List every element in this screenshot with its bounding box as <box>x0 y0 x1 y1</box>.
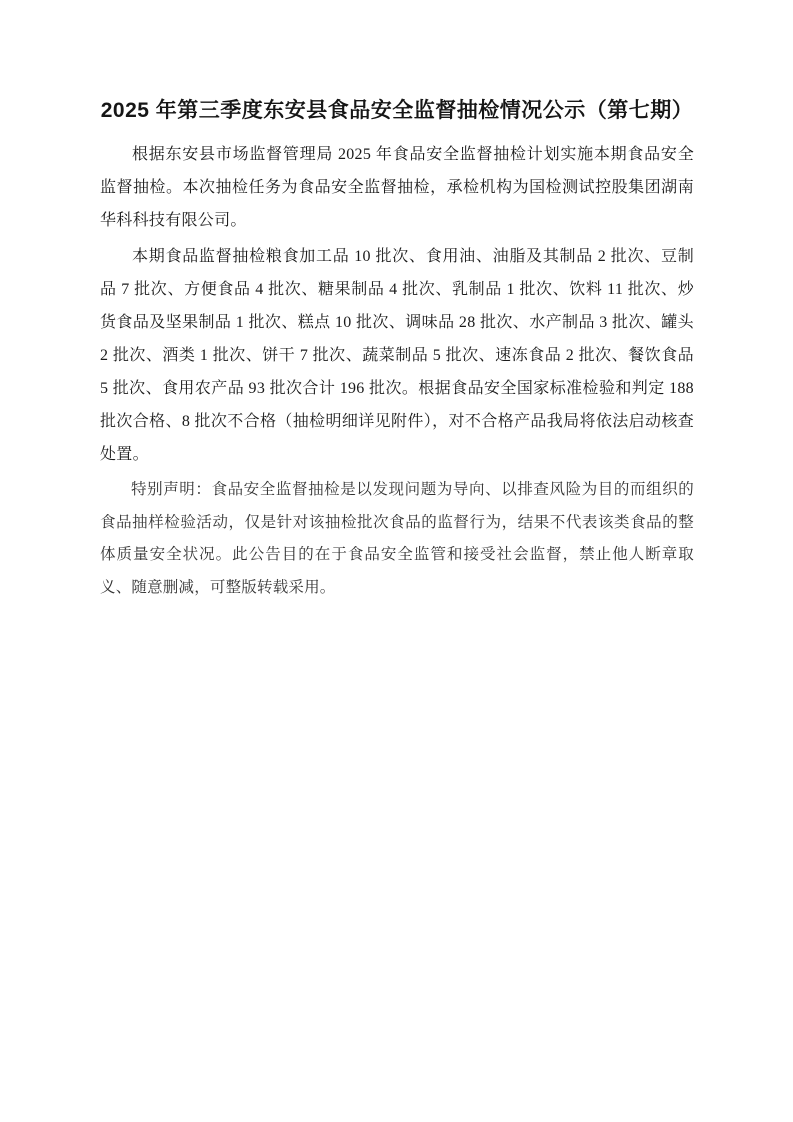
paragraph-special-statement: 特别声明：食品安全监督抽检是以发现问题为导向、以排查风险为目的而组织的食品抽样检… <box>100 474 694 604</box>
paragraph-intro: 根据东安县市场监督管理局 2025 年食品安全监督抽检计划实施本期食品安全监督抽… <box>100 138 694 237</box>
document-title: 2025 年第三季度东安县食品安全监督抽检情况公示（第七期） <box>100 96 694 126</box>
paragraph-inspection-stats: 本期食品监督抽检粮食加工品 10 批次、食用油、油脂及其制品 2 批次、豆制品 … <box>100 240 694 471</box>
document-page: 2025 年第三季度东安县食品安全监督抽检情况公示（第七期） 根据东安县市场监督… <box>0 0 793 1122</box>
